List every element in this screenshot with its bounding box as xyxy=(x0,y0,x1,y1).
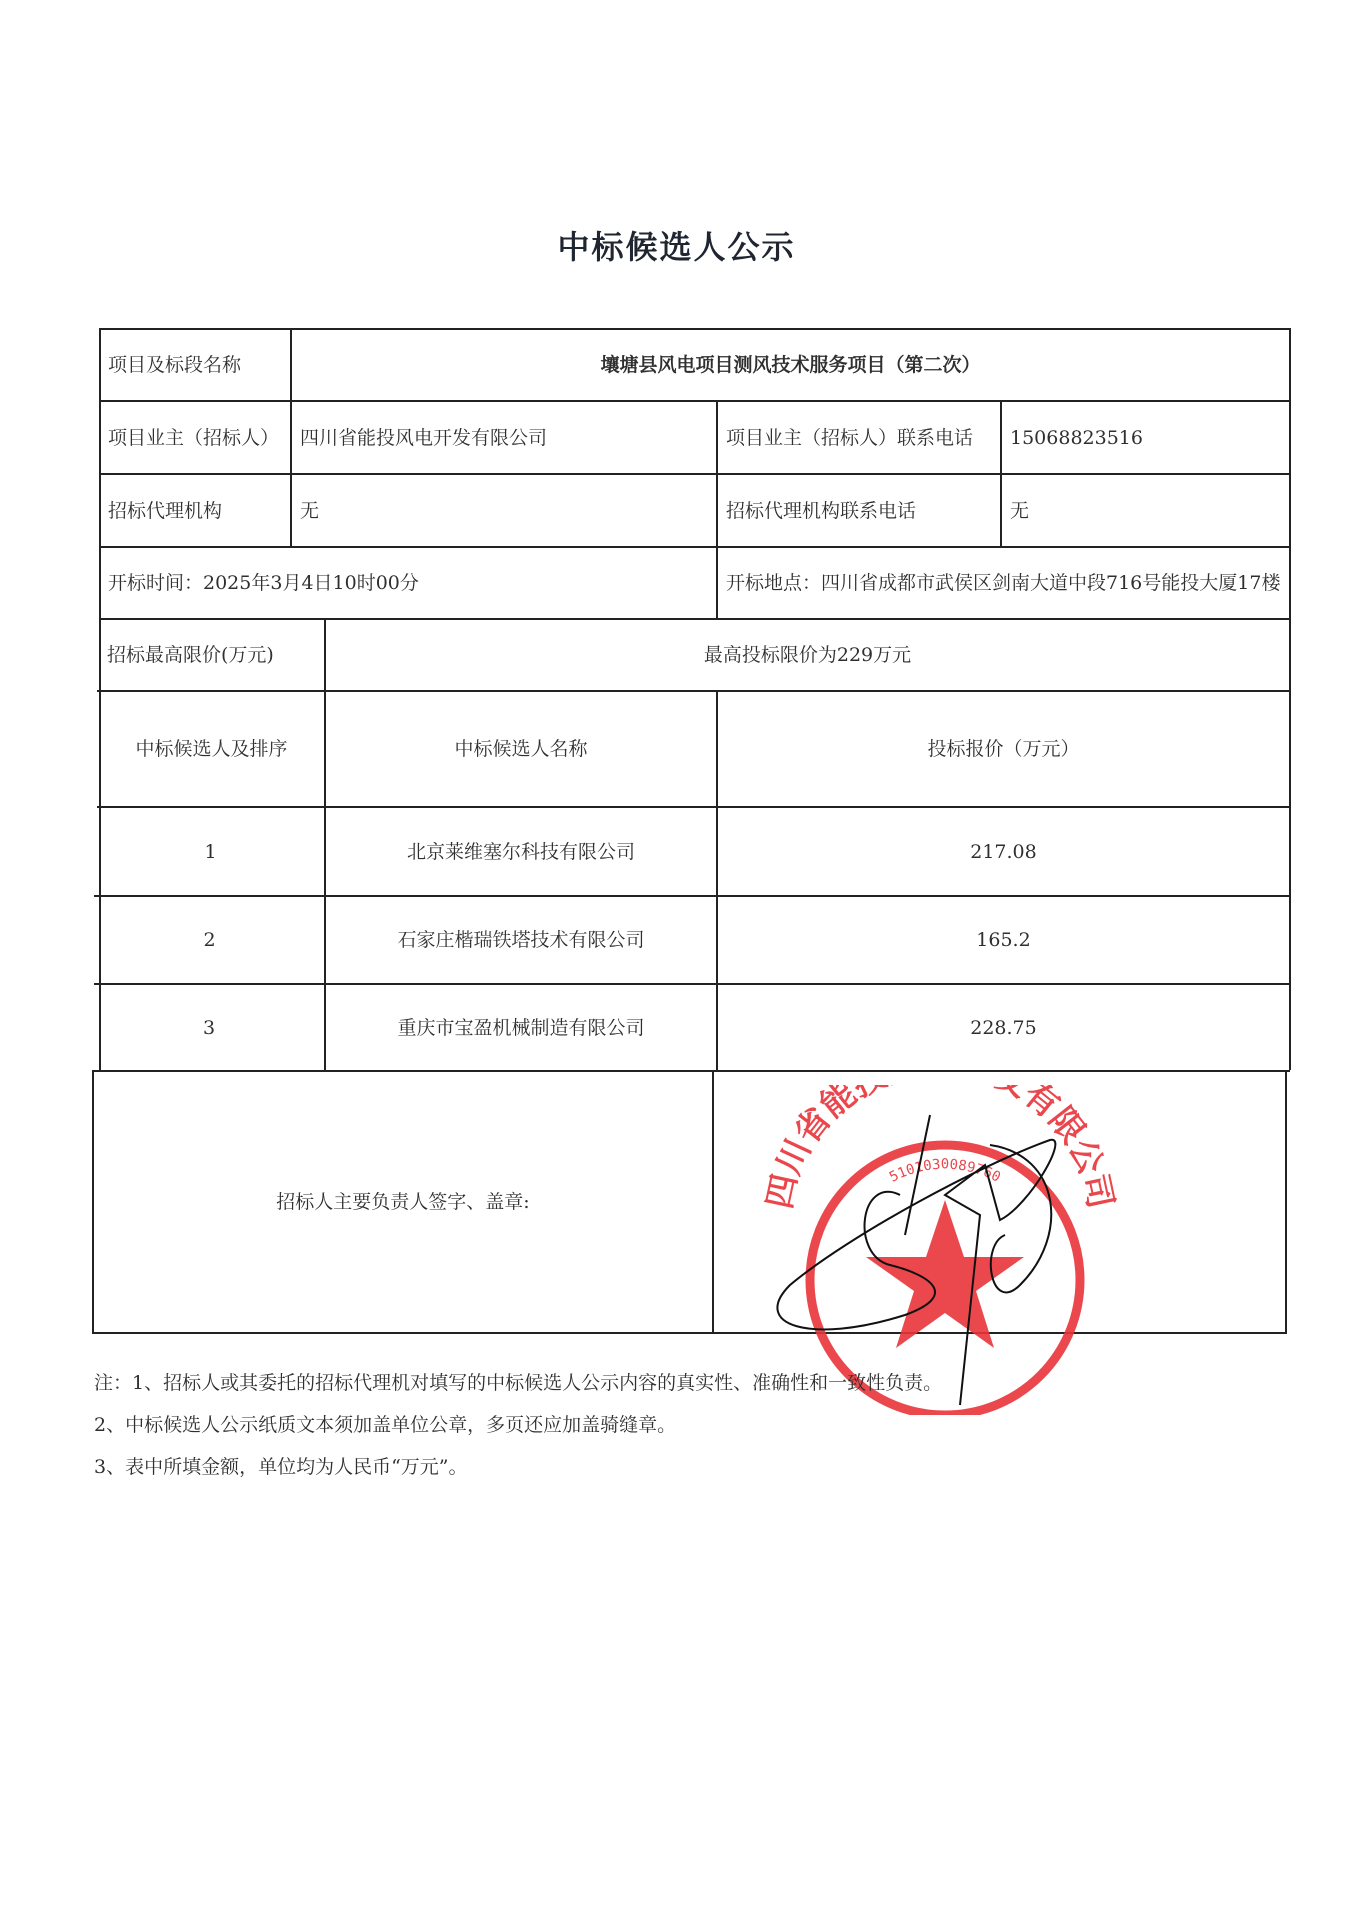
owner-value: 四川省能投风电开发有限公司 xyxy=(292,402,716,473)
candidate-name: 石家庄楷瑞铁塔技术有限公司 xyxy=(326,897,716,983)
note-item: 2、中标候选人公示纸质文本须加盖单位公章，多页还应加盖骑缝章。 xyxy=(94,1404,942,1446)
candidate-price: 165.2 xyxy=(718,897,1289,983)
table-border xyxy=(1285,1070,1287,1334)
note-item: 3、表中所填金额，单位均为人民币“万元”。 xyxy=(94,1446,942,1488)
agency-phone-label: 招标代理机构联系电话 xyxy=(718,475,1000,546)
project-name-value: 壤塘县风电项目测风技术服务项目（第二次） xyxy=(292,330,1289,400)
max-price-label: 招标最高限价(万元) xyxy=(99,620,324,690)
candidate-price: 217.08 xyxy=(718,808,1289,895)
candidate-price: 228.75 xyxy=(718,985,1289,1070)
candidate-name: 重庆市宝盈机械制造有限公司 xyxy=(326,985,716,1070)
header-rank: 中标候选人及排序 xyxy=(99,692,324,806)
max-price-value: 最高投标限价为229万元 xyxy=(326,620,1289,690)
signature-label: 招标人主要负责人签字、盖章: xyxy=(94,1072,712,1332)
note-item: 注：1、招标人或其委托的招标代理机对填写的中标候选人公示内容的真实性、准确性和一… xyxy=(94,1362,942,1404)
candidate-rank: 2 xyxy=(95,897,324,983)
table-border xyxy=(1289,328,1291,1070)
agency-value: 无 xyxy=(292,475,716,546)
owner-phone-label: 项目业主（招标人）联系电话 xyxy=(718,402,1000,473)
project-name-label: 项目及标段名称 xyxy=(100,330,290,400)
owner-label: 项目业主（招标人） xyxy=(100,402,290,473)
candidate-name: 北京莱维塞尔科技有限公司 xyxy=(326,808,716,895)
svg-text:5101030089760: 5101030089760 xyxy=(887,1157,1003,1186)
candidate-rank: 1 xyxy=(97,808,324,895)
opening-place: 开标地点：四川省成都市武侯区剑南大道中段716号能投大厦17楼 xyxy=(718,548,1289,618)
document-title: 中标候选人公示 xyxy=(0,222,1353,268)
header-price: 投标报价（万元） xyxy=(718,692,1289,806)
agency-phone-value: 无 xyxy=(1002,475,1289,546)
opening-time: 开标时间：2025年3月4日10时00分 xyxy=(100,548,716,618)
col-divider xyxy=(712,1070,714,1334)
candidate-rank: 3 xyxy=(94,985,324,1070)
header-name: 中标候选人名称 xyxy=(326,692,716,806)
owner-phone-value: 15068823516 xyxy=(1002,402,1289,473)
agency-label: 招标代理机构 xyxy=(100,475,290,546)
notes-section: 注：1、招标人或其委托的招标代理机对填写的中标候选人公示内容的真实性、准确性和一… xyxy=(94,1362,942,1488)
